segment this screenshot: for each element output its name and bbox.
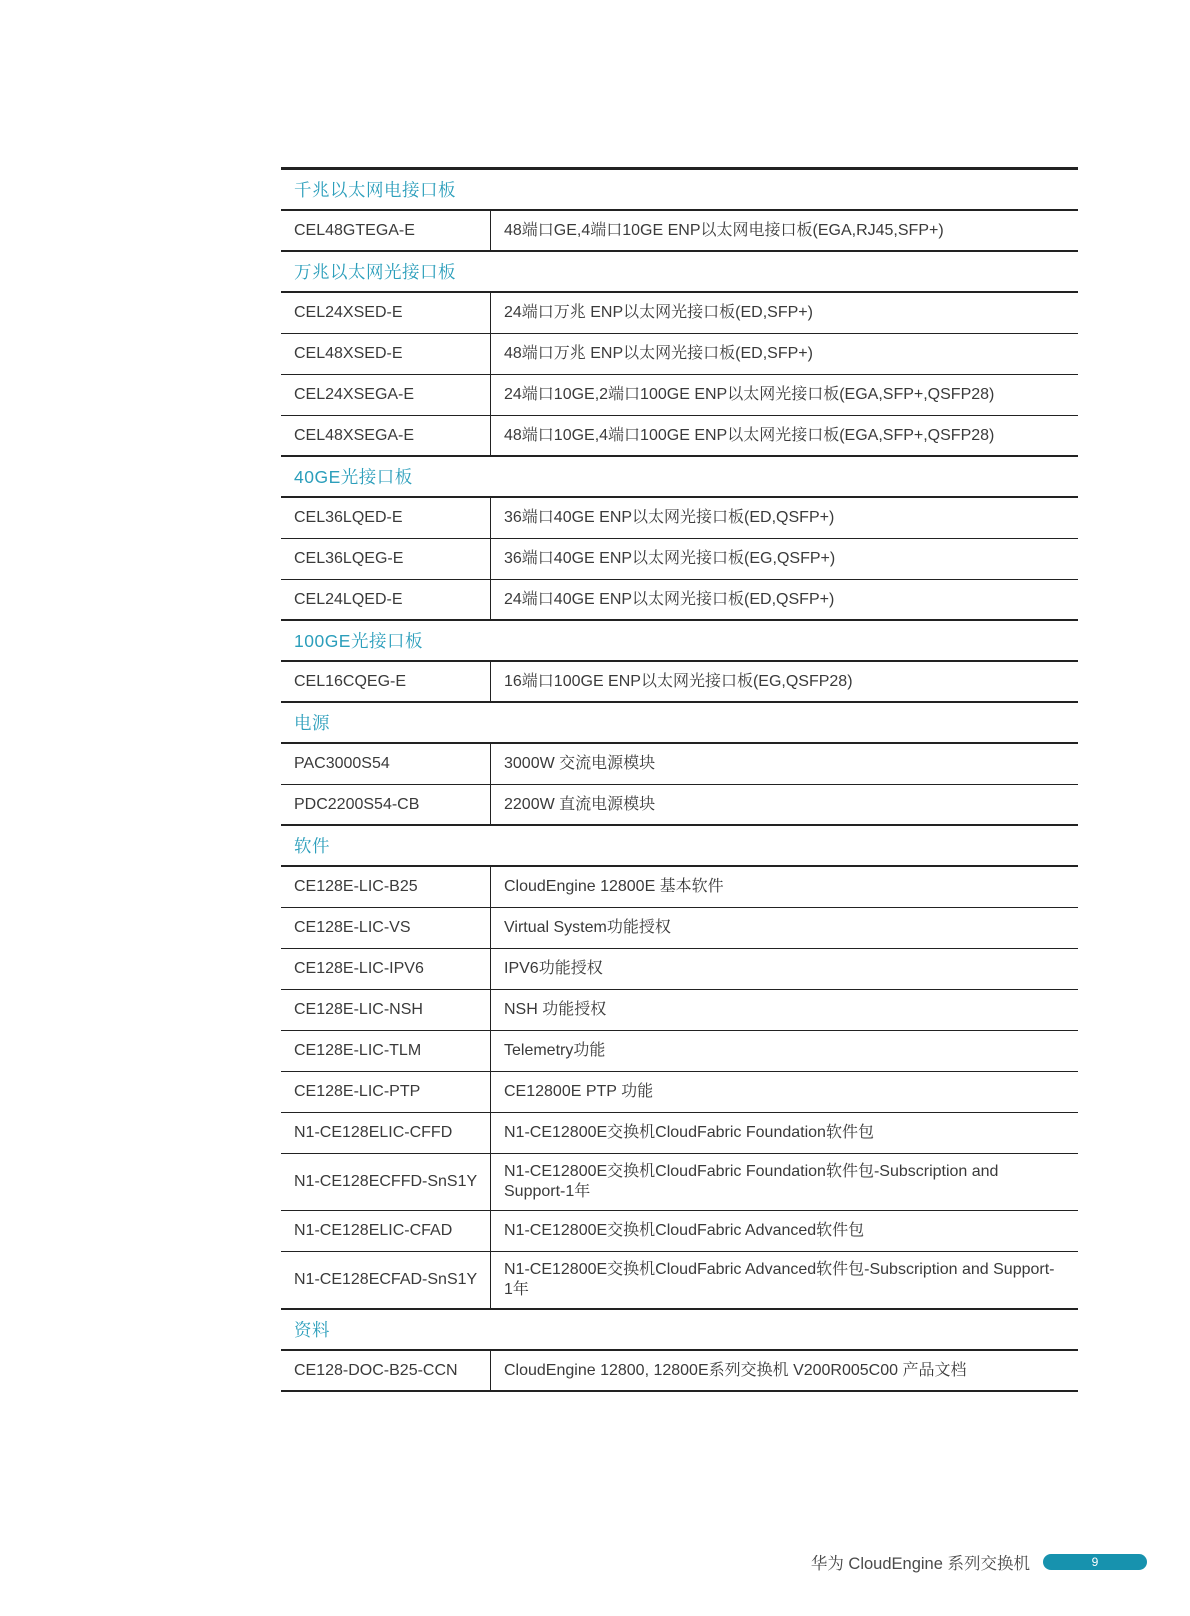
section-title: 软件 (294, 833, 330, 858)
model-cell: CE128E-LIC-IPV6 (281, 949, 491, 989)
table-row: CEL36LQEG-E36端口40GE ENP以太网光接口板(EG,QSFP+) (281, 539, 1078, 580)
table-row: CE128E-LIC-IPV6IPV6功能授权 (281, 949, 1078, 990)
description-cell: 36端口40GE ENP以太网光接口板(ED,QSFP+) (491, 498, 1078, 538)
table-row: CEL48GTEGA-E48端口GE,4端口10GE ENP以太网电接口板(EG… (281, 211, 1078, 252)
footer-title: 华为 CloudEngine 系列交换机 (811, 1550, 1030, 1574)
table-row: CEL24LQED-E24端口40GE ENP以太网光接口板(ED,QSFP+) (281, 580, 1078, 621)
description-cell: 48端口10GE,4端口100GE ENP以太网光接口板(EGA,SFP+,QS… (491, 416, 1078, 455)
description-cell: CloudEngine 12800, 12800E系列交换机 V200R005C… (491, 1351, 1078, 1390)
product-spec-table: 千兆以太网电接口板CEL48GTEGA-E48端口GE,4端口10GE ENP以… (281, 167, 1078, 1392)
model-cell: N1-CE128ELIC-CFAD (281, 1211, 491, 1251)
description-cell: N1-CE12800E交换机CloudFabric Foundation软件包-… (491, 1154, 1078, 1210)
description-cell: Telemetry功能 (491, 1031, 1078, 1071)
model-cell: CE128E-LIC-VS (281, 908, 491, 948)
description-cell: 36端口40GE ENP以太网光接口板(EG,QSFP+) (491, 539, 1078, 579)
section-header-row: 40GE光接口板 (281, 457, 1078, 498)
description-cell: Virtual System功能授权 (491, 908, 1078, 948)
description-cell: CloudEngine 12800E 基本软件 (491, 867, 1078, 907)
model-cell: N1-CE128ELIC-CFFD (281, 1113, 491, 1153)
table-row: CEL24XSED-E24端口万兆 ENP以太网光接口板(ED,SFP+) (281, 293, 1078, 334)
model-cell: PAC3000S54 (281, 744, 491, 784)
description-cell: IPV6功能授权 (491, 949, 1078, 989)
section-header-row: 资料 (281, 1310, 1078, 1351)
description-cell: 24端口40GE ENP以太网光接口板(ED,QSFP+) (491, 580, 1078, 619)
page-footer: 华为 CloudEngine 系列交换机 9 (811, 1550, 1147, 1574)
section-header-row: 千兆以太网电接口板 (281, 170, 1078, 211)
description-cell: N1-CE12800E交换机CloudFabric Advanced软件包 (491, 1211, 1078, 1251)
description-cell: 2200W 直流电源模块 (491, 785, 1078, 824)
section-header-row: 万兆以太网光接口板 (281, 252, 1078, 293)
table-row: CEL16CQEG-E16端口100GE ENP以太网光接口板(EG,QSFP2… (281, 662, 1078, 703)
description-cell: N1-CE12800E交换机CloudFabric Advanced软件包-Su… (491, 1252, 1078, 1308)
section-title: 资料 (294, 1317, 330, 1342)
model-cell: CEL16CQEG-E (281, 662, 491, 701)
description-cell: 3000W 交流电源模块 (491, 744, 1078, 784)
model-cell: N1-CE128ECFFD-SnS1Y (281, 1154, 491, 1210)
model-cell: CEL24XSEGA-E (281, 375, 491, 415)
section-title: 电源 (294, 710, 330, 735)
table-row: CE128E-LIC-TLMTelemetry功能 (281, 1031, 1078, 1072)
table-row: CE128E-LIC-VSVirtual System功能授权 (281, 908, 1078, 949)
table-row: CE128-DOC-B25-CCNCloudEngine 12800, 1280… (281, 1351, 1078, 1392)
model-cell: CEL24XSED-E (281, 293, 491, 333)
model-cell: CE128E-LIC-B25 (281, 867, 491, 907)
model-cell: CEL48XSED-E (281, 334, 491, 374)
model-cell: N1-CE128ECFAD-SnS1Y (281, 1252, 491, 1308)
description-cell: NSH 功能授权 (491, 990, 1078, 1030)
description-cell: 16端口100GE ENP以太网光接口板(EG,QSFP28) (491, 662, 1078, 701)
table-row: CE128E-LIC-NSHNSH 功能授权 (281, 990, 1078, 1031)
section-title: 40GE光接口板 (294, 464, 413, 489)
model-cell: CE128E-LIC-PTP (281, 1072, 491, 1112)
table-row: CEL36LQED-E36端口40GE ENP以太网光接口板(ED,QSFP+) (281, 498, 1078, 539)
model-cell: CEL36LQEG-E (281, 539, 491, 579)
model-cell: CE128E-LIC-NSH (281, 990, 491, 1030)
model-cell: CE128E-LIC-TLM (281, 1031, 491, 1071)
description-cell: N1-CE12800E交换机CloudFabric Foundation软件包 (491, 1113, 1078, 1153)
model-cell: PDC2200S54-CB (281, 785, 491, 824)
model-cell: CEL48GTEGA-E (281, 211, 491, 250)
page-number-badge: 9 (1043, 1554, 1147, 1570)
section-title: 万兆以太网光接口板 (294, 259, 456, 284)
description-cell: 24端口10GE,2端口100GE ENP以太网光接口板(EGA,SFP+,QS… (491, 375, 1078, 415)
model-cell: CEL24LQED-E (281, 580, 491, 619)
section-title: 千兆以太网电接口板 (294, 177, 456, 202)
table-row: CE128E-LIC-B25CloudEngine 12800E 基本软件 (281, 867, 1078, 908)
table-row: N1-CE128ECFAD-SnS1YN1-CE12800E交换机CloudFa… (281, 1252, 1078, 1310)
description-cell: CE12800E PTP 功能 (491, 1072, 1078, 1112)
model-cell: CEL48XSEGA-E (281, 416, 491, 455)
section-header-row: 100GE光接口板 (281, 621, 1078, 662)
page-number: 9 (1092, 1556, 1099, 1568)
section-title: 100GE光接口板 (294, 628, 423, 653)
description-cell: 48端口GE,4端口10GE ENP以太网电接口板(EGA,RJ45,SFP+) (491, 211, 1078, 250)
table-row: CEL48XSEGA-E48端口10GE,4端口100GE ENP以太网光接口板… (281, 416, 1078, 457)
description-cell: 24端口万兆 ENP以太网光接口板(ED,SFP+) (491, 293, 1078, 333)
section-header-row: 软件 (281, 826, 1078, 867)
model-cell: CE128-DOC-B25-CCN (281, 1351, 491, 1390)
table-row: N1-CE128ELIC-CFADN1-CE12800E交换机CloudFabr… (281, 1211, 1078, 1252)
description-cell: 48端口万兆 ENP以太网光接口板(ED,SFP+) (491, 334, 1078, 374)
table-row: PAC3000S543000W 交流电源模块 (281, 744, 1078, 785)
table-row: CEL24XSEGA-E24端口10GE,2端口100GE ENP以太网光接口板… (281, 375, 1078, 416)
table-row: PDC2200S54-CB2200W 直流电源模块 (281, 785, 1078, 826)
table-row: N1-CE128ECFFD-SnS1YN1-CE12800E交换机CloudFa… (281, 1154, 1078, 1211)
model-cell: CEL36LQED-E (281, 498, 491, 538)
table-row: N1-CE128ELIC-CFFDN1-CE12800E交换机CloudFabr… (281, 1113, 1078, 1154)
table-row: CE128E-LIC-PTPCE12800E PTP 功能 (281, 1072, 1078, 1113)
section-header-row: 电源 (281, 703, 1078, 744)
document-page: 千兆以太网电接口板CEL48GTEGA-E48端口GE,4端口10GE ENP以… (0, 0, 1190, 1616)
table-row: CEL48XSED-E48端口万兆 ENP以太网光接口板(ED,SFP+) (281, 334, 1078, 375)
